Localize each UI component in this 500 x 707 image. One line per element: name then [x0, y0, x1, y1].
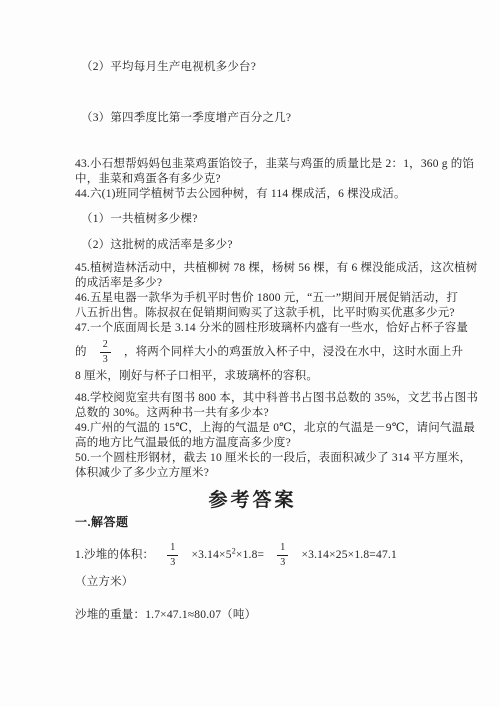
text-segment: 8 厘米，刚好与杯子口相平，求玻璃杯的容积。: [75, 370, 318, 382]
question-line: 45.植树造林活动中，共植柳树 78 棵，杨树 56 棵，有 6 棵没能成活，这…: [75, 261, 430, 276]
question-line: （1）一共植树多少棵?: [75, 212, 430, 227]
answer-line: 沙堆的重量：1.7×47.1≈80.07（吨）: [75, 608, 430, 623]
question-line: 50.一个圆柱形钢材，截去 10 厘米长的一段后，表面积减少了 314 平方厘米…: [75, 451, 430, 466]
text-segment: 45.植树造林活动中，共植柳树 78 棵，杨树 56 棵，有 6 棵没能成活，这…: [75, 262, 477, 274]
text-segment: 高的地方比气温最低的地方温度高多少度?: [75, 437, 291, 449]
text-segment: 46.五星电器一款华为手机平时售价 1800 元，“五一”期间开展促销活动，打: [75, 292, 458, 304]
fraction-denominator: 3: [103, 353, 108, 366]
question-line: 体积减少了多少立方厘米?: [75, 466, 430, 481]
answers-section: 1.沙堆的体积：13×3.14×52×1.8=13×3.14×25×1.8=47…: [75, 542, 430, 623]
fraction: 23: [100, 339, 111, 366]
fraction-numerator: 1: [167, 542, 178, 556]
question-line: 46.五星电器一款华为手机平时售价 1800 元，“五一”期间开展促销活动，打: [75, 291, 430, 306]
text-segment: 43.小石想帮妈妈包韭菜鸡蛋馅饺子，韭菜与鸡蛋的质量比是 2：1，360 g 的…: [75, 158, 474, 170]
text-segment: （2）这批树的成活率是多少?: [81, 239, 233, 251]
text-segment: 体积减少了多少立方厘米?: [75, 467, 209, 479]
question-line: 43.小石想帮妈妈包韭菜鸡蛋馅饺子，韭菜与鸡蛋的质量比是 2：1，360 g 的…: [75, 157, 430, 172]
question-line: 47.一个底面周长是 3.14 分米的圆柱形玻璃杯内盛有一些水，恰好占杯子容量: [75, 321, 430, 336]
text-segment: ×1.8=: [236, 549, 264, 561]
text-segment: 50.一个圆柱形钢材，截去 10 厘米长的一段后，表面积减少了 314 平方厘米…: [75, 452, 471, 464]
fraction-denominator: 3: [170, 556, 175, 569]
question-line: 的成活率是多少?: [75, 276, 430, 291]
question-line: 总数的 30%。这两种书一共有多少本?: [75, 406, 430, 421]
text-segment: 的: [75, 346, 87, 358]
questions-section: （2）平均每月生产电视机多少台?（3）第四季度比第一季度增产百分之几?43.小石…: [75, 60, 430, 481]
fraction: 13: [167, 542, 178, 569]
text-segment: 47.一个底面周长是 3.14 分米的圆柱形玻璃杯内盛有一些水，恰好占杯子容量: [75, 322, 468, 334]
answer-key-heading: 参考答案: [75, 489, 430, 513]
question-line: 高的地方比气温最低的地方温度高多少度?: [75, 436, 430, 451]
text-segment: 的成活率是多少?: [75, 277, 162, 289]
text-segment: ×3.14×25×1.8=47.1: [301, 549, 396, 561]
text-segment: 48.学校阅览室共有图书 800 本，其中科普书占图书总数的 35%，文艺书占图…: [75, 392, 478, 404]
answer-line: （立方米）: [75, 575, 430, 590]
text-segment: （2）平均每月生产电视机多少台?: [81, 61, 256, 73]
fraction-numerator: 1: [277, 542, 288, 556]
fraction-numerator: 2: [100, 339, 111, 353]
question-line: 中，韭菜和鸡蛋各有多少克?: [75, 172, 430, 187]
question-line: 49.广州的气温的 15℃，上海的气温是 0℃，北京的气温是－9℃，请问气温最: [75, 421, 430, 436]
question-line: （2）平均每月生产电视机多少台?: [75, 60, 430, 75]
text-segment: ，将两个同样大小的鸡蛋放入杯子中，浸没在水中，这时水面上升: [124, 346, 463, 358]
section-heading: 一.解答题: [75, 515, 430, 530]
text-segment: 44.六(1)班同学植树节去公园种树，有 114 棵成活，6 棵没成活。: [75, 188, 406, 200]
text-segment: （1）一共植树多少棵?: [81, 213, 198, 225]
question-line: （3）第四季度比第一季度增产百分之几?: [75, 111, 430, 126]
worksheet-page: （2）平均每月生产电视机多少台?（3）第四季度比第一季度增产百分之几?43.小石…: [0, 0, 500, 707]
text-segment: 中，韭菜和鸡蛋各有多少克?: [75, 173, 221, 185]
text-segment: 总数的 30%。这两种书一共有多少本?: [75, 407, 269, 419]
text-segment: 1.沙堆的体积：: [75, 549, 154, 561]
question-line: （2）这批树的成活率是多少?: [75, 238, 430, 253]
question-line: 八五折出售。陈叔叔在促销期间购买了这款手机，比平时购买优惠多少元?: [75, 306, 430, 321]
question-line: 48.学校阅览室共有图书 800 本，其中科普书占图书总数的 35%，文艺书占图…: [75, 391, 430, 406]
text-segment: 沙堆的重量：1.7×47.1≈80.07（吨）: [75, 609, 256, 621]
fraction: 13: [277, 542, 288, 569]
text-segment: 49.广州的气温的 15℃，上海的气温是 0℃，北京的气温是－9℃，请问气温最: [75, 422, 475, 434]
question-line: 的23，将两个同样大小的鸡蛋放入杯子中，浸没在水中，这时水面上升: [75, 339, 430, 366]
question-line: 8 厘米，刚好与杯子口相平，求玻璃杯的容积。: [75, 369, 430, 384]
answer-line: 1.沙堆的体积：13×3.14×52×1.8=13×3.14×25×1.8=47…: [75, 542, 430, 569]
text-segment: 八五折出售。陈叔叔在促销期间购买了这款手机，比平时购买优惠多少元?: [75, 307, 455, 319]
fraction-denominator: 3: [280, 556, 285, 569]
text-segment: ×3.14×5: [191, 549, 231, 561]
question-line: 44.六(1)班同学植树节去公园种树，有 114 棵成活，6 棵没成活。: [75, 187, 430, 202]
text-segment: （3）第四季度比第一季度增产百分之几?: [81, 112, 291, 124]
text-segment: （立方米）: [75, 576, 134, 588]
